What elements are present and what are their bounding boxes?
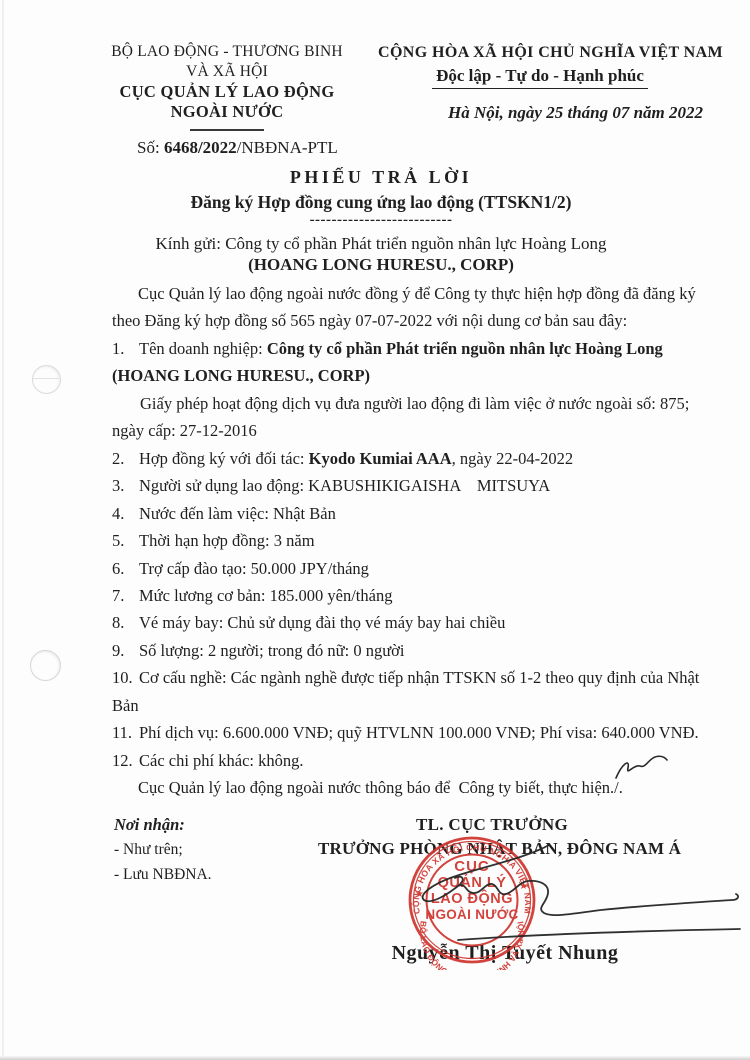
document-title: PHIẾU TRẢ LỜI <box>12 167 750 188</box>
item-text: Vé máy bay: Chủ sử dụng đài thọ vé máy b… <box>139 613 505 632</box>
handwritten-initials <box>606 750 676 786</box>
item-number: 11. <box>112 719 139 746</box>
scan-edge-left <box>2 0 4 1060</box>
ministry-name-line2: VÀ XÃ HỘI <box>98 62 356 82</box>
punch-hole-bottom <box>30 650 61 681</box>
item-text: Cơ cấu nghề: Các ngành nghề được tiếp nh… <box>139 668 699 687</box>
list-item-2: 2.Hợp đồng ký với đối tác: Kyodo Kumiai … <box>112 445 732 472</box>
list-item-1-sub-1: Giấy phép hoạt động dịch vụ đưa người la… <box>112 390 732 417</box>
item-text: Hợp đồng ký với đối tác: <box>139 449 309 468</box>
national-header-block: CỘNG HÒA XÃ HỘI CHỦ NGHĨA VIỆT NAM Độc l… <box>378 44 702 89</box>
list-item-4: 4.Nước đến làm việc: Nhật Bản <box>112 500 732 527</box>
recipient-company-short: (HOANG LONG HURESU., CORP) <box>12 255 750 275</box>
item-text: Mức lương cơ bản: 185.000 yên/tháng <box>139 586 392 605</box>
title-separator: -------------------------- <box>12 215 750 226</box>
place-date-line: Hà Nội, ngày 25 tháng 07 năm 2022 <box>448 103 684 123</box>
list-item-1-sub-2: ngày cấp: 27-12-2016 <box>112 417 732 444</box>
item-number: 6. <box>112 555 139 582</box>
item-number: 9. <box>112 637 139 664</box>
list-item-6: 6.Trợ cấp đào tạo: 50.000 JPY/tháng <box>112 555 732 582</box>
list-item-11: 11.Phí dịch vụ: 6.600.000 VNĐ; quỹ HTVLN… <box>112 719 732 746</box>
item-text: Nước đến làm việc: Nhật Bản <box>139 504 336 523</box>
item-text: Thời hạn hợp đồng: 3 năm <box>139 531 315 550</box>
recipient-line: Kính gửi: Công ty cổ phần Phát triển ngu… <box>12 234 750 254</box>
issuing-agency-block: BỘ LAO ĐỘNG - THƯƠNG BINH VÀ XÃ HỘI CỤC … <box>98 42 356 131</box>
item-number: 12. <box>112 747 139 774</box>
item-text-bold: (HOANG LONG HURESU., CORP) <box>112 366 370 385</box>
recipients-block: Nơi nhận: - Như trên; - Lưu NBĐNA. <box>114 815 212 885</box>
recipients-title: Nơi nhận: <box>114 815 212 835</box>
item-number: 3. <box>112 472 139 499</box>
department-name-line1: CỤC QUẢN LÝ LAO ĐỘNG <box>98 82 356 102</box>
list-item-1-continuation: (HOANG LONG HURESU., CORP) <box>112 362 732 389</box>
intro-line-1: Cục Quản lý lao động ngoài nước đồng ý đ… <box>112 280 732 307</box>
item-text-bold: Công ty cổ phần Phát triển nguồn nhân lự… <box>267 339 663 358</box>
item-number: 7. <box>112 582 139 609</box>
list-item-9: 9.Số lượng: 2 người; trong đó nữ: 0 ngườ… <box>112 637 732 664</box>
recipients-line-1: - Như trên; <box>114 840 212 860</box>
document-number-label: Số: <box>137 138 164 157</box>
item-number: 1. <box>112 335 139 362</box>
item-text: Trợ cấp đào tạo: 50.000 JPY/tháng <box>139 559 369 578</box>
header-rule <box>190 129 264 131</box>
item-text-bold: Kyodo Kumiai AAA <box>309 449 452 468</box>
list-item-5: 5.Thời hạn hợp đồng: 3 năm <box>112 527 732 554</box>
document-number-suffix: /NBĐNA-PTL <box>237 138 338 157</box>
item-text: Tên doanh nghiệp: <box>139 339 267 358</box>
item-text: , ngày 22-04-2022 <box>452 449 573 468</box>
item-number: 4. <box>112 500 139 527</box>
document-body: Cục Quản lý lao động ngoài nước đồng ý đ… <box>112 280 732 802</box>
item-text: Số lượng: 2 người; trong đó nữ: 0 người <box>139 641 404 660</box>
punch-hole-top <box>32 365 61 394</box>
handwritten-signature <box>386 832 746 950</box>
item-number: 2. <box>112 445 139 472</box>
intro-line-2: theo Đăng ký hợp đồng số 565 ngày 07-07-… <box>112 307 732 334</box>
list-item-1: 1.Tên doanh nghiệp: Công ty cổ phần Phát… <box>112 335 732 362</box>
item-text: Phí dịch vụ: 6.600.000 VNĐ; quỹ HTVLNN 1… <box>139 723 699 742</box>
list-item-10-continuation: Bản <box>112 692 732 719</box>
document-number: Số: 6468/2022/NBĐNA-PTL <box>137 138 338 158</box>
title-block: PHIẾU TRẢ LỜI Đăng ký Hợp đồng cung ứng … <box>12 167 750 275</box>
punch-hole-top-line <box>33 378 59 379</box>
item-number: 10. <box>112 664 139 691</box>
national-motto: Độc lập - Tự do - Hạnh phúc <box>432 65 648 89</box>
item-text: Người sử dụng lao động: KABUSHIKIGAISHA … <box>139 476 550 495</box>
list-item-3: 3.Người sử dụng lao động: KABUSHIKIGAISH… <box>112 472 732 499</box>
recipients-line-2: - Lưu NBĐNA. <box>114 865 212 885</box>
national-title: CỘNG HÒA XÃ HỘI CHỦ NGHĨA VIỆT NAM <box>378 44 702 62</box>
list-item-10: 10.Cơ cấu nghề: Các ngành nghề được tiếp… <box>112 664 732 691</box>
list-item-8: 8.Vé máy bay: Chủ sử dụng đài thọ vé máy… <box>112 609 732 636</box>
item-number: 8. <box>112 609 139 636</box>
item-text: Các chi phí khác: không. <box>139 751 304 770</box>
item-number: 5. <box>112 527 139 554</box>
document-number-value: 6468/2022 <box>164 138 237 157</box>
list-item-7: 7.Mức lương cơ bản: 185.000 yên/tháng <box>112 582 732 609</box>
ministry-name-line1: BỘ LAO ĐỘNG - THƯƠNG BINH <box>98 42 356 62</box>
department-name-line2: NGOÀI NƯỚC <box>98 102 356 122</box>
scan-edge-bottom <box>0 1056 750 1060</box>
document-subtitle: Đăng ký Hợp đồng cung ứng lao động (TTSK… <box>12 192 750 213</box>
